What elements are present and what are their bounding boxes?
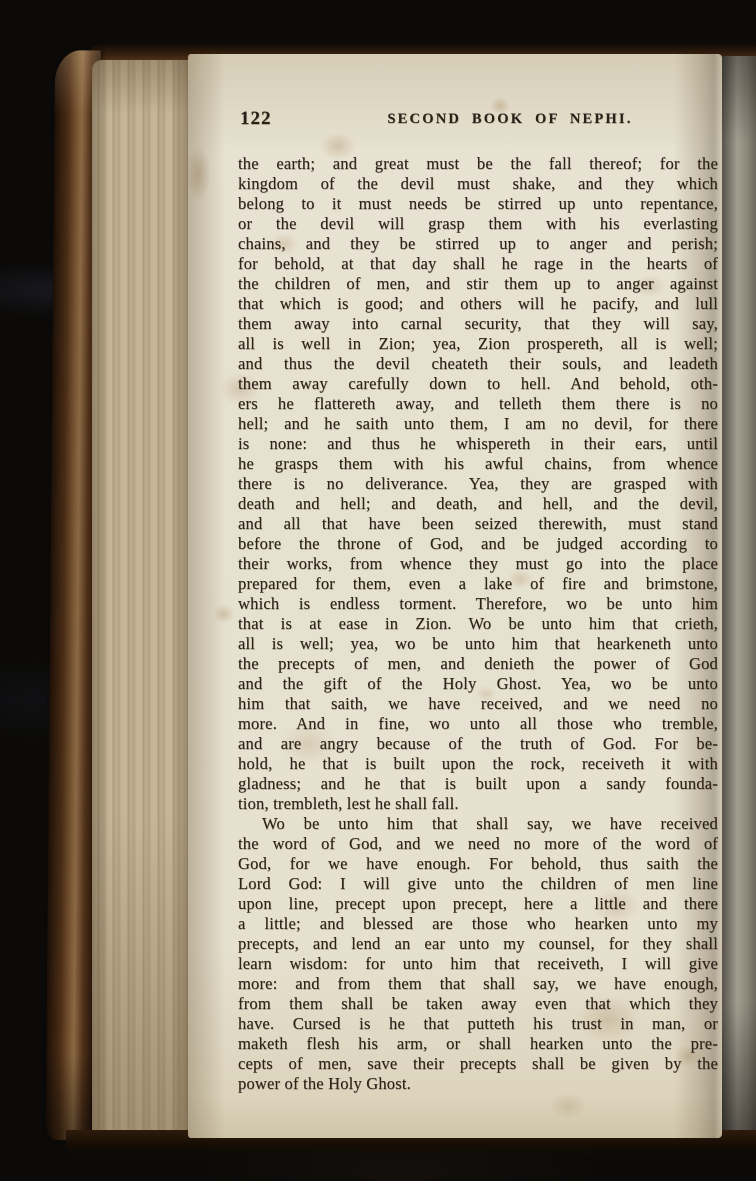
text-line: maketh flesh his arm, or shall hearken u… bbox=[238, 1034, 718, 1054]
next-page-edge bbox=[722, 56, 756, 1132]
text-line: for behold, at that day shall he rage in… bbox=[238, 254, 718, 274]
text-line: learn wisdom: for unto him that receivet… bbox=[238, 954, 718, 974]
text-line: death and hell; and death, and hell, and… bbox=[238, 494, 718, 514]
text-line: more. And in fine, wo unto all those who… bbox=[238, 714, 718, 734]
text-line: that is at ease in Zion. Wo be unto him … bbox=[238, 614, 718, 634]
text-line: precepts, and lend an ear unto my counse… bbox=[238, 934, 718, 954]
text-line: and all that have been seized therewith,… bbox=[238, 514, 718, 534]
text-line: and are angry because of the truth of Go… bbox=[238, 734, 718, 754]
text-line: ers he flattereth away, and telleth them… bbox=[238, 394, 718, 414]
text-line: which is endless torment. Therefore, wo … bbox=[238, 594, 718, 614]
text-line: the earth; and great must be the fall th… bbox=[238, 154, 718, 174]
text-line: the word of God, and we need no more of … bbox=[238, 834, 718, 854]
text-line: is none: and thus he whispereth in their… bbox=[238, 434, 718, 454]
text-line: tion, trembleth, lest he shall fall. bbox=[238, 794, 718, 814]
running-header: SECOND BOOK OF NEPHI. bbox=[270, 111, 750, 128]
page-header: 122 SECOND BOOK OF NEPHI. bbox=[238, 106, 718, 132]
text-line: hold, he that is built upon the rock, re… bbox=[238, 754, 718, 774]
text-line: and thus the devil cheateth their souls,… bbox=[238, 354, 718, 374]
text-line: cepts of men, save their precepts shall … bbox=[238, 1054, 718, 1074]
text-line: and the gift of the Holy Ghost. Yea, wo … bbox=[238, 674, 718, 694]
text-line: kingdom of the devil must shake, and the… bbox=[238, 174, 718, 194]
text-line: all is well in Zion; yea, Zion prosperet… bbox=[238, 334, 718, 354]
text-line: more: and from them that shall say, we h… bbox=[238, 974, 718, 994]
text-line: there is no deliverance. Yea, they are g… bbox=[238, 474, 718, 494]
text-line: them away into carnal security, that the… bbox=[238, 314, 718, 334]
text-line: chains, and they be stirred up to anger … bbox=[238, 234, 718, 254]
text-line: before the throne of God, and be judged … bbox=[238, 534, 718, 554]
text-line: hell; and he saith unto them, I am no de… bbox=[238, 414, 718, 434]
text-line: their works, from whence they must go in… bbox=[238, 554, 718, 574]
text-line: from them shall be taken away even that … bbox=[238, 994, 718, 1014]
text-line: or the devil will grasp them with his ev… bbox=[238, 214, 718, 234]
text-line: him that saith, we have received, and we… bbox=[238, 694, 718, 714]
text-line: that which is good; and others will he p… bbox=[238, 294, 718, 314]
text-line: them away carefully down to hell. And be… bbox=[238, 374, 718, 394]
text-line: the children of men, and stir them up to… bbox=[238, 274, 718, 294]
text-line: he grasps them with his awful chains, fr… bbox=[238, 454, 718, 474]
paragraph: Wo be unto him that shall say, we have r… bbox=[238, 814, 718, 1094]
book-page: 122 SECOND BOOK OF NEPHI. the earth; and… bbox=[188, 54, 722, 1138]
text-line: gladness; and he that is built upon a sa… bbox=[238, 774, 718, 794]
photo-background: 122 SECOND BOOK OF NEPHI. the earth; and… bbox=[0, 0, 756, 1181]
page-body-text: the earth; and great must be the fall th… bbox=[238, 154, 718, 1094]
text-line: have. Cursed is he that putteth his trus… bbox=[238, 1014, 718, 1034]
text-line: Wo be unto him that shall say, we have r… bbox=[238, 814, 718, 834]
text-line: all is well; yea, wo be unto him that he… bbox=[238, 634, 718, 654]
text-line: belong to it must needs be stirred up un… bbox=[238, 194, 718, 214]
text-line: power of the Holy Ghost. bbox=[238, 1074, 718, 1094]
paragraph: the earth; and great must be the fall th… bbox=[238, 154, 718, 814]
text-line: Lord God: I will give unto the children … bbox=[238, 874, 718, 894]
page-fore-edge-stack bbox=[92, 60, 190, 1138]
text-line: the precepts of men, and denieth the pow… bbox=[238, 654, 718, 674]
page-number: 122 bbox=[240, 108, 272, 130]
text-line: a little; and blessed are those who hear… bbox=[238, 914, 718, 934]
text-line: prepared for them, even a lake of fire a… bbox=[238, 574, 718, 594]
text-line: upon line, precept upon precept, here a … bbox=[238, 894, 718, 914]
text-line: God, for we have enough. For behold, thu… bbox=[238, 854, 718, 874]
